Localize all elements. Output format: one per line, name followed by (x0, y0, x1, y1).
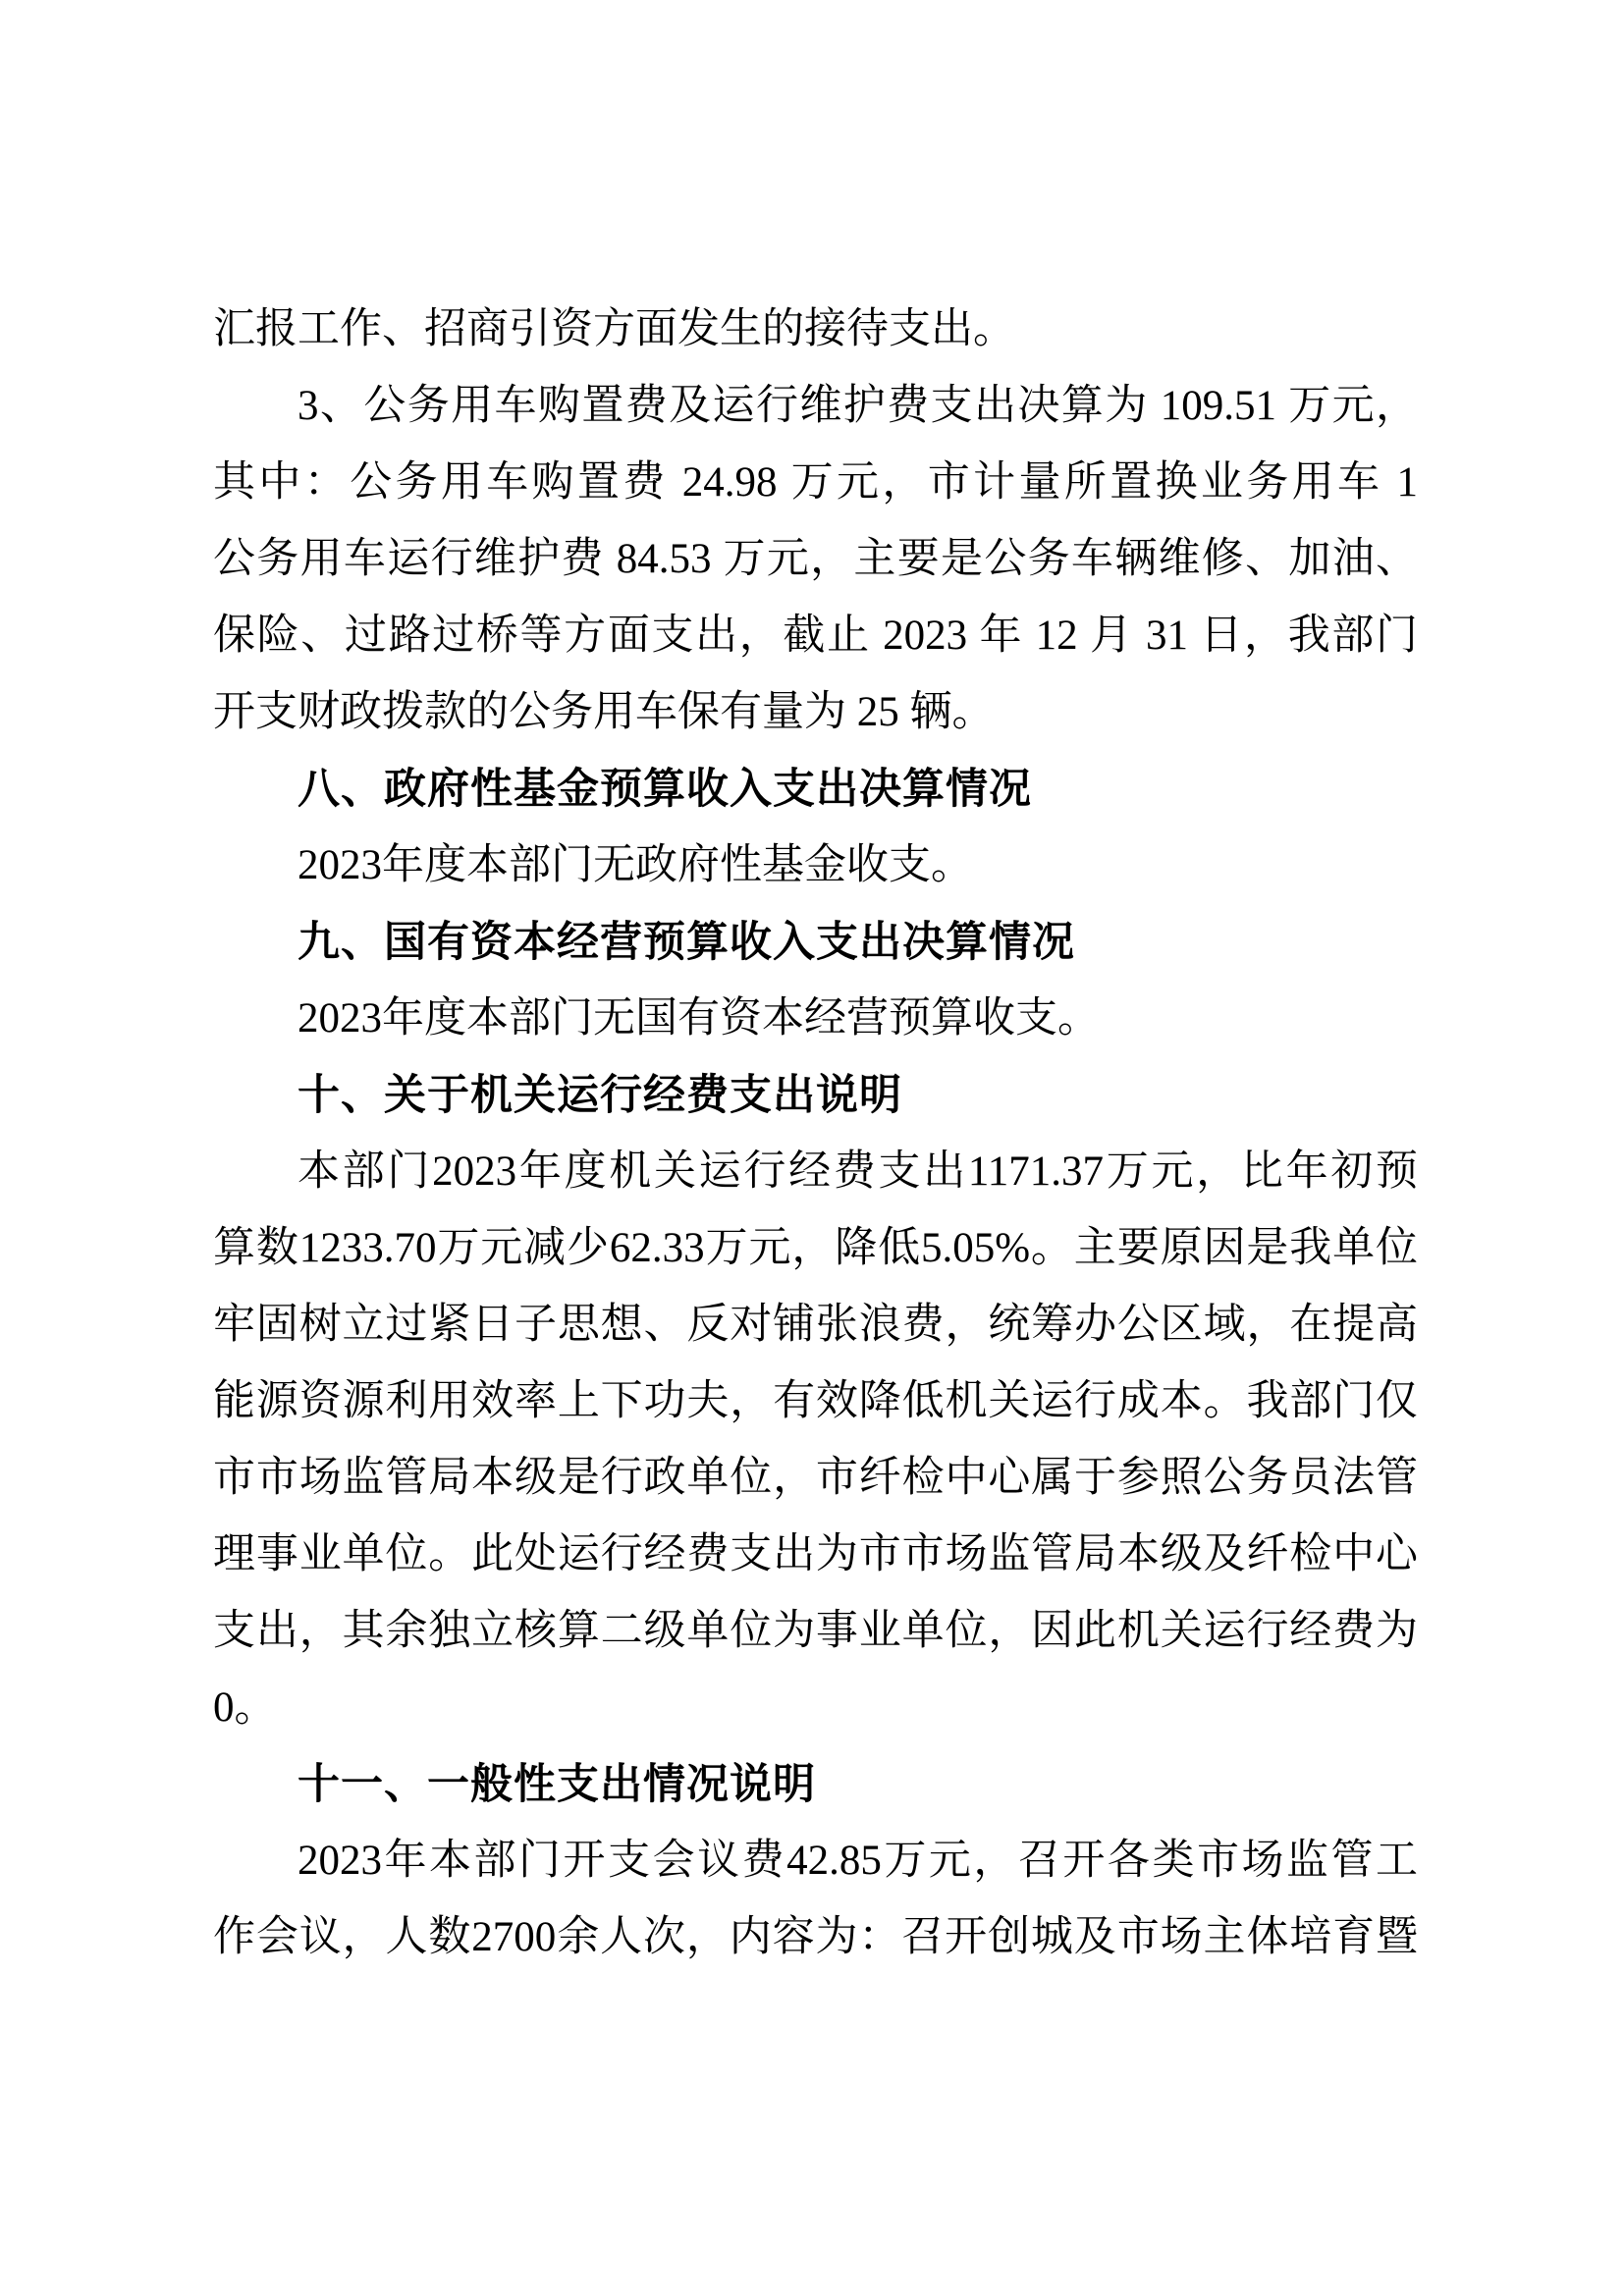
text-line: 理事业单位。此处运行经费支出为市市场监管局本级及纤检中心 (213, 1517, 1418, 1593)
text-line: 0。 (213, 1670, 1418, 1746)
text-line: 其中：公务用车购置费 24.98 万元，市计量所置换业务用车 1 辆。 (213, 445, 1418, 521)
text-line: 2023年度本部门无政府性基金收支。 (213, 828, 1418, 904)
text-line: 作会议，人数2700余人次，内容为：召开创城及市场主体培育暨 (213, 1899, 1418, 1976)
text-line: 能源资源利用效率上下功夫，有效降低机关运行成本。我部门仅 (213, 1363, 1418, 1440)
text-line: 2023年本部门开支会议费42.85万元，召开各类市场监管工 (213, 1823, 1418, 1899)
section-heading: 十一、一般性支出情况说明 (213, 1746, 1418, 1823)
section-heading: 八、政府性基金预算收入支出决算情况 (213, 751, 1418, 828)
document-page: 汇报工作、招商引资方面发生的接待支出。3、公务用车购置费及运行维护费支出决算为 … (0, 0, 1624, 2296)
text-line: 保险、过路过桥等方面支出，截止 2023 年 12 月 31 日，我部门 (213, 598, 1418, 674)
section-heading: 九、国有资本经营预算收入支出决算情况 (213, 904, 1418, 981)
text-line: 开支财政拨款的公务用车保有量为 25 辆。 (213, 674, 1418, 751)
text-line: 市市场监管局本级是行政单位，市纤检中心属于参照公务员法管 (213, 1440, 1418, 1517)
text-line: 算数1233.70万元减少62.33万元，降低5.05%。主要原因是我单位 (213, 1210, 1418, 1287)
text-line: 公务用车运行维护费 84.53 万元，主要是公务车辆维修、加油、 (213, 521, 1418, 598)
document-text-block: 汇报工作、招商引资方面发生的接待支出。3、公务用车购置费及运行维护费支出决算为 … (213, 292, 1418, 1976)
section-heading: 十、关于机关运行经费支出说明 (213, 1057, 1418, 1134)
text-line: 支出，其余独立核算二级单位为事业单位，因此机关运行经费为 (213, 1593, 1418, 1670)
text-line: 本部门2023年度机关运行经费支出1171.37万元，比年初预 (213, 1134, 1418, 1210)
text-line: 3、公务用车购置费及运行维护费支出决算为 109.51 万元， (213, 368, 1418, 445)
text-line: 牢固树立过紧日子思想、反对铺张浪费，统筹办公区域，在提高 (213, 1287, 1418, 1363)
text-line: 汇报工作、招商引资方面发生的接待支出。 (213, 292, 1418, 368)
text-line: 2023年度本部门无国有资本经营预算收支。 (213, 981, 1418, 1057)
